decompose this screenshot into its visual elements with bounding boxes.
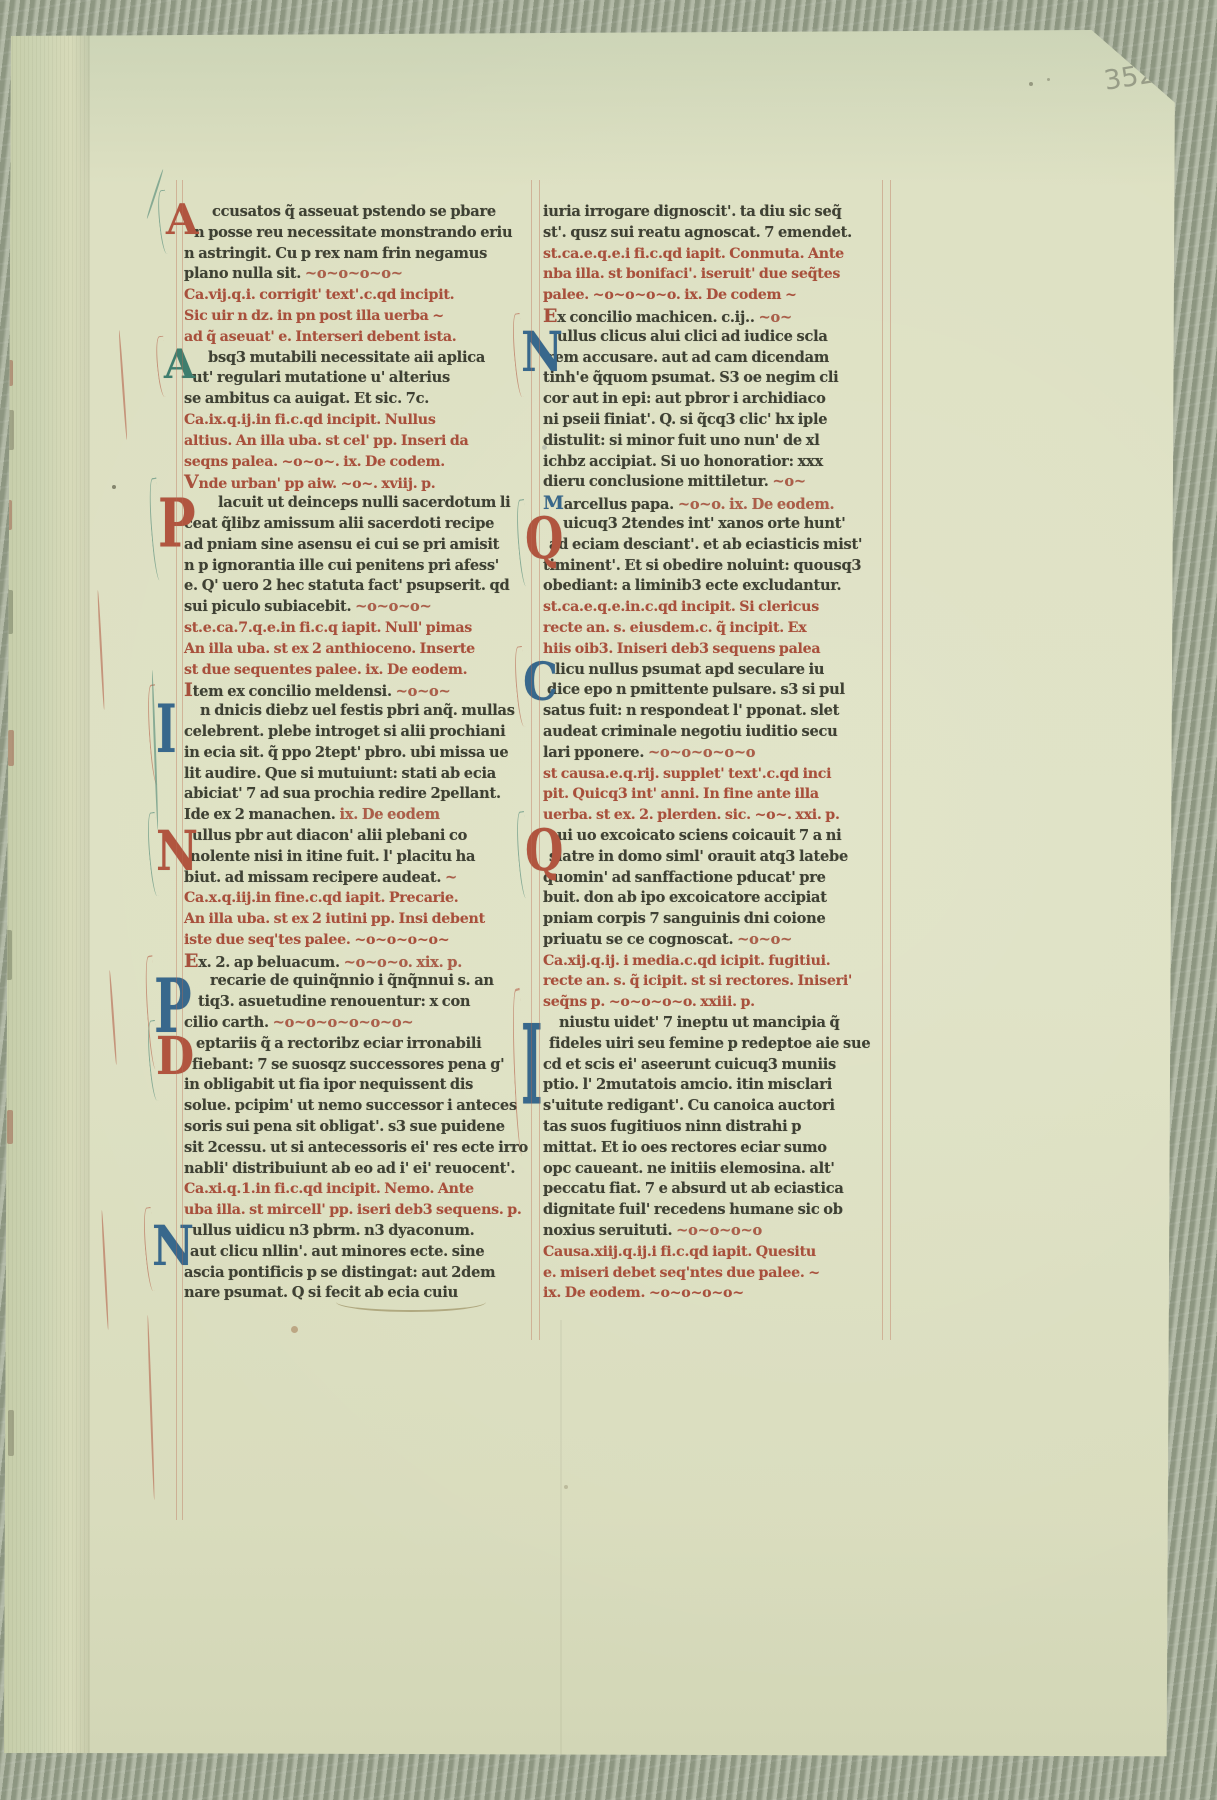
rubric-line-filler: ~o~o~o. xix. p. — [340, 954, 462, 971]
rubric-line-filler: ~o~o~ — [392, 683, 451, 700]
text-line: tiq3. asuetudine renouentur: x con — [184, 992, 524, 1013]
text-line: distulit: si minor fuit uno nun' de xl — [543, 431, 883, 452]
rubric-line-filler: ix. De eodem — [336, 806, 440, 823]
inline-initial: I — [184, 679, 193, 701]
ruling-line — [539, 180, 540, 1340]
text-line: st.ca.e.q.e.in.c.qd incipit. Si clericus — [543, 597, 883, 618]
margin-pen-flourish — [109, 970, 118, 1065]
text-line: recte an. s. eiusdem.c. q̃ incipit. Ex — [543, 618, 883, 639]
text-line: solue. pcipim' ut nemo successor i antec… — [184, 1096, 524, 1117]
text-line: ad eciam desciant'. et ab eciasticis mis… — [543, 535, 883, 556]
text-line: uerba. st ex. 2. plerden. sic. ~o~. xxi.… — [543, 805, 883, 826]
text-line: dignitate fuil' recedens humane sic ob — [543, 1200, 883, 1221]
text-line: Ca.ix.q.ij.in fi.c.qd incipit. Nullus — [184, 410, 524, 431]
text-line: ichbz accipiat. Si uo honoratior: xxx — [543, 452, 883, 473]
book-fore-edge — [4, 30, 90, 1758]
fore-edge-text-fleck — [8, 1410, 14, 1456]
text-line: biut. ad missam recipere audeat. ~ — [184, 868, 524, 889]
text-column-left: ccusatos q̃ asseuat pstendo se pbaren po… — [184, 202, 524, 1304]
text-line: Sic uir n dz. in pn post illa uerba ~ — [184, 306, 524, 327]
rubric-line-filler: ~o~o~o~ — [351, 598, 431, 615]
fore-edge-text-fleck — [7, 1110, 13, 1144]
text-line: in ecia sit. q̃ ppo 2tept' pbro. ubi mis… — [184, 743, 524, 764]
rubric-line-filler: ~o~ — [769, 473, 806, 490]
text-line: Item ex concilio meldensi. ~o~o~ — [184, 680, 524, 701]
fore-edge-text-fleck — [8, 410, 14, 450]
ruling-line — [176, 180, 177, 1520]
parchment-speck — [564, 1485, 568, 1489]
text-line: n p ignorantia ille cui penitens pri afe… — [184, 556, 524, 577]
parchment-speck — [542, 445, 547, 450]
illuminated-initial: N — [152, 1218, 194, 1273]
text-line: Ex concilio machicen. c.ij.. ~o~ — [543, 306, 883, 327]
text-line: celebrent. plebe introget si alii prochi… — [184, 722, 524, 743]
text-line: in obligabit ut fia ipor nequissent dis — [184, 1075, 524, 1096]
parchment-speck — [1047, 78, 1050, 81]
text-line: ut' regulari mutatione u' alterius — [184, 368, 524, 389]
text-line: fiebant: 7 se suosqz successores pena g' — [184, 1055, 524, 1076]
text-line: e. miseri debet seq'ntes due palee. ~ — [543, 1263, 883, 1284]
ruling-line — [531, 180, 532, 1340]
parchment-crease — [560, 1320, 562, 1760]
text-line: niustu uidet' 7 ineptu ut mancipia q̃ — [543, 1013, 883, 1034]
text-line: quomin' ad sanffactione pducat' pre — [543, 868, 883, 889]
text-line: pit. Quicq3 int' anni. In fine ante illa — [543, 784, 883, 805]
text-line: Causa.xiij.q.ij.i fi.c.qd iapit. Quesitu — [543, 1242, 883, 1263]
text-line: Ex. 2. ap beluacum. ~o~o~o. xix. p. — [184, 951, 524, 972]
text-line: recarie de quinq̃nnio i q̃nq̃nnui s. an — [184, 971, 524, 992]
text-line: dieru conclusione mittiletur. ~o~ — [543, 472, 883, 493]
margin-pen-flourish — [97, 590, 105, 710]
text-line: st causa.e.q.rij. supplet' text'.c.qd in… — [543, 764, 883, 785]
text-line: licu nullus psumat apd seculare iu — [543, 660, 883, 681]
text-line: priuatu se ce cognoscat. ~o~o~ — [543, 930, 883, 951]
rubric-line-filler: ~o~ — [755, 309, 792, 326]
text-line: obediant: a liminib3 ecte excludantur. — [543, 576, 883, 597]
text-line: Ide ex 2 manachen. ix. De eodem — [184, 805, 524, 826]
pen-flourish — [145, 812, 163, 897]
text-line: Ca.vij.q.i. corrigit' text'.c.qd incipit… — [184, 285, 524, 306]
fore-edge-text-fleck — [7, 360, 13, 386]
text-line: lacuit ut deinceps nulli sacerdotum li — [184, 493, 524, 514]
text-line: buit. don ab ipo excoicatore accipiat — [543, 888, 883, 909]
text-line: e. Q' uero 2 hec statuta fact' psupserit… — [184, 576, 524, 597]
pen-flourish — [146, 478, 165, 581]
rubric-line-filler: ~o~o~o~o~ — [301, 265, 403, 282]
text-line: se ambitus ca auigat. Et sic. 7c. — [184, 389, 524, 410]
pen-flourish — [153, 335, 170, 397]
text-line: lit audire. Que si mutuiunt: stati ab ec… — [184, 764, 524, 785]
illuminated-initial: I — [156, 698, 177, 764]
text-line: Ca.x.q.iij.in fine.c.qd iapit. Precarie. — [184, 888, 524, 909]
text-line: cor aut in epi: aut pbror i archidiaco — [543, 389, 883, 410]
margin-pen-flourish — [147, 1315, 155, 1500]
parchment-speck — [112, 485, 116, 489]
text-line: st'. qusz sui reatu agnoscat. 7 emendet. — [543, 223, 883, 244]
text-line: opc caueant. ne initiis elemosina. alt' — [543, 1159, 883, 1180]
text-line: audeat criminale negotiu iuditio secu — [543, 722, 883, 743]
text-line: sit 2cessu. ut si antecessoris ei' res e… — [184, 1138, 524, 1159]
text-line: altius. An illa uba. st cel' pp. Inseri … — [184, 431, 524, 452]
text-line: ullus uidicu n3 pbrm. n3 dyaconum. — [184, 1221, 524, 1242]
text-line: nolente nisi in itine fuit. l' placitu h… — [184, 847, 524, 868]
rubric-line-filler: ~o~o. ix. De eodem. — [674, 496, 834, 513]
text-line: n astringit. Cu p rex nam frin negamus — [184, 244, 524, 265]
text-line: mittat. Et io oes rectores eciar sumo — [543, 1138, 883, 1159]
text-line: slatre in domo siml' orauit atq3 latebe — [543, 847, 883, 868]
text-line: ad pniam sine asensu ei cui se pri amisi… — [184, 535, 524, 556]
text-line: recte an. s. q̃ icipit. st si rectores. … — [543, 971, 883, 992]
fore-edge-text-fleck — [6, 500, 12, 530]
line-filler-flourish — [336, 1298, 486, 1312]
text-line: ad q̃ aseuat' e. Interseri debent ista. — [184, 327, 524, 348]
pen-flourish — [145, 1020, 163, 1101]
text-line: cilio carth. ~o~o~o~o~o~o~ — [184, 1013, 524, 1034]
text-line: Marcellus papa. ~o~o. ix. De eodem. — [543, 493, 883, 514]
corner-folio-number: 342 — [1137, 47, 1165, 68]
text-line: nba illa. st bonifaci'. iseruit' due seq… — [543, 264, 883, 285]
text-line: iuria irrogare dignoscit'. ta diu sic se… — [543, 202, 883, 223]
text-line: pniam corpis 7 sanguinis dni coione — [543, 909, 883, 930]
text-line: satus fuit: n respondeat l' pponat. slet — [543, 701, 883, 722]
text-line: ullus clicus alui clici ad iudice scla — [543, 327, 883, 348]
text-line: tas suos fugitiuos ninn distrahi p — [543, 1117, 883, 1138]
rubric-line-filler: ~o~o~o~o~o~o~ — [269, 1014, 414, 1031]
text-line: st due sequentes palee. ix. De eodem. — [184, 660, 524, 681]
text-line: uba illa. st mircell' pp. iseri deb3 seq… — [184, 1200, 524, 1221]
fore-edge-text-fleck — [8, 730, 14, 766]
text-line: ullus pbr aut diacon' alii plebani co — [184, 826, 524, 847]
text-line: bsq3 mutabili necessitate aii aplica — [184, 348, 524, 369]
text-line: seqns palea. ~o~o~. ix. De codem. — [184, 452, 524, 473]
parchment-speck — [1029, 82, 1033, 86]
text-line: dice epo n pmittente pulsare. s3 si pul — [543, 680, 883, 701]
text-line: st.e.ca.7.q.e.in fi.c.q iapit. Null' pim… — [184, 618, 524, 639]
text-line: nabli' distribuiunt ab eo ad i' ei' reuo… — [184, 1159, 524, 1180]
text-line: ni pseii finiat'. Q. si q̃cq3 clic' hx i… — [543, 410, 883, 431]
manuscript-page: 352 342 ccusatos q̃ asseuat pstendo se p… — [4, 30, 1176, 1758]
text-line: iste due seq'tes palee. ~o~o~o~o~ — [184, 930, 524, 951]
margin-pen-flourish — [101, 1210, 109, 1330]
rubric-line-filler: ~o~o~o~o~o — [644, 744, 755, 761]
ruling-line — [882, 180, 883, 1340]
text-line: n dnicis diebz uel festis pbri anq̃. mul… — [184, 701, 524, 722]
text-line: st.ca.e.q.e.i fi.c.qd iapit. Conmuta. An… — [543, 244, 883, 265]
text-line: ceat q̃libz amissum alii sacerdoti recip… — [184, 514, 524, 535]
text-line: abiciat' 7 ad sua prochia redire 2pellan… — [184, 784, 524, 805]
text-line: eptariis q̃ a rectoribz eciar irronabili — [184, 1034, 524, 1055]
text-line: s'uitute redigant'. Cu canoica auctori — [543, 1096, 883, 1117]
ruling-line — [890, 180, 891, 1340]
text-line: ix. De eodem. ~o~o~o~o~ — [543, 1283, 883, 1304]
rubric-line-filler: ~ — [441, 869, 457, 886]
illuminated-initial: C — [523, 657, 558, 710]
text-line: seq̃ns p. ~o~o~o~o. xxiii. p. — [543, 992, 883, 1013]
rubric-line-filler: ~o~o~o~o — [672, 1222, 762, 1239]
text-line: ascia pontificis p se distingat: aut 2de… — [184, 1263, 524, 1284]
text-line: Vnde urban' pp aiw. ~o~. xviij. p. — [184, 472, 524, 493]
ruling-line — [182, 180, 183, 1520]
text-line: An illa uba. st ex 2 iutini pp. Insi deb… — [184, 909, 524, 930]
text-line: n posse reu necessitate monstrando eriu — [184, 223, 524, 244]
text-line: uicuq3 2tendes int' xanos orte hunt' — [543, 514, 883, 535]
text-line: plano nulla sit. ~o~o~o~o~ — [184, 264, 524, 285]
text-line: aut clicu nllin'. aut minores ecte. sine — [184, 1242, 524, 1263]
text-line: tinh'e q̃quom psumat. S3 oe negim cli — [543, 368, 883, 389]
text-line: noxius seruituti. ~o~o~o~o — [543, 1221, 883, 1242]
text-line: fideles uiri seu femine p redeptoe aie s… — [543, 1034, 883, 1055]
text-line: palee. ~o~o~o~o. ix. De codem ~ — [543, 285, 883, 306]
text-line: soris sui pena sit obligat'. s3 sue puid… — [184, 1117, 524, 1138]
text-line: lari pponere. ~o~o~o~o~o — [543, 743, 883, 764]
margin-pen-flourish — [118, 330, 128, 440]
text-line: ccusatos q̃ asseuat pstendo se pbare — [184, 202, 524, 223]
text-line: ui uo excoicato sciens coicauit 7 a ni — [543, 826, 883, 847]
fore-edge-text-fleck — [7, 590, 13, 634]
photograph-backdrop-fabric: 352 342 ccusatos q̃ asseuat pstendo se p… — [0, 0, 1217, 1800]
text-line: Ca.xi.q.1.in fi.c.qd incipit. Nemo. Ante — [184, 1179, 524, 1200]
text-line: rem accusare. aut ad cam dicendam — [543, 348, 883, 369]
text-line: hiis oib3. Iniseri deb3 sequens palea — [543, 639, 883, 660]
text-line: timinent'. Et si obedire noluint: quousq… — [543, 556, 883, 577]
rubric-line-filler: ~o~o~ — [733, 931, 792, 948]
text-column-right: iuria irrogare dignoscit'. ta diu sic se… — [543, 202, 883, 1304]
text-line: An illa uba. st ex 2 anthioceno. Inserte — [184, 639, 524, 660]
parchment-speck — [291, 1326, 298, 1333]
pen-flourish — [141, 1207, 159, 1292]
illuminated-initial: N — [521, 324, 563, 379]
pen-flourish — [155, 190, 173, 255]
text-line: ptio. l' 2mutatois amcio. itin misclari — [543, 1075, 883, 1096]
text-line: sui piculo subiacebit. ~o~o~o~ — [184, 597, 524, 618]
folio-number: 352 — [1102, 58, 1158, 97]
text-line: cd et scis ei' aseerunt cuicuq3 muniis — [543, 1055, 883, 1076]
text-line: peccatu fiat. 7 e absurd ut ab eciastica — [543, 1179, 883, 1200]
text-line: Ca.xij.q.ij. i media.c.qd icipit. fugiti… — [543, 951, 883, 972]
illuminated-initial: A — [164, 345, 195, 385]
illuminated-initial: N — [156, 823, 198, 878]
fore-edge-text-fleck — [6, 930, 12, 980]
